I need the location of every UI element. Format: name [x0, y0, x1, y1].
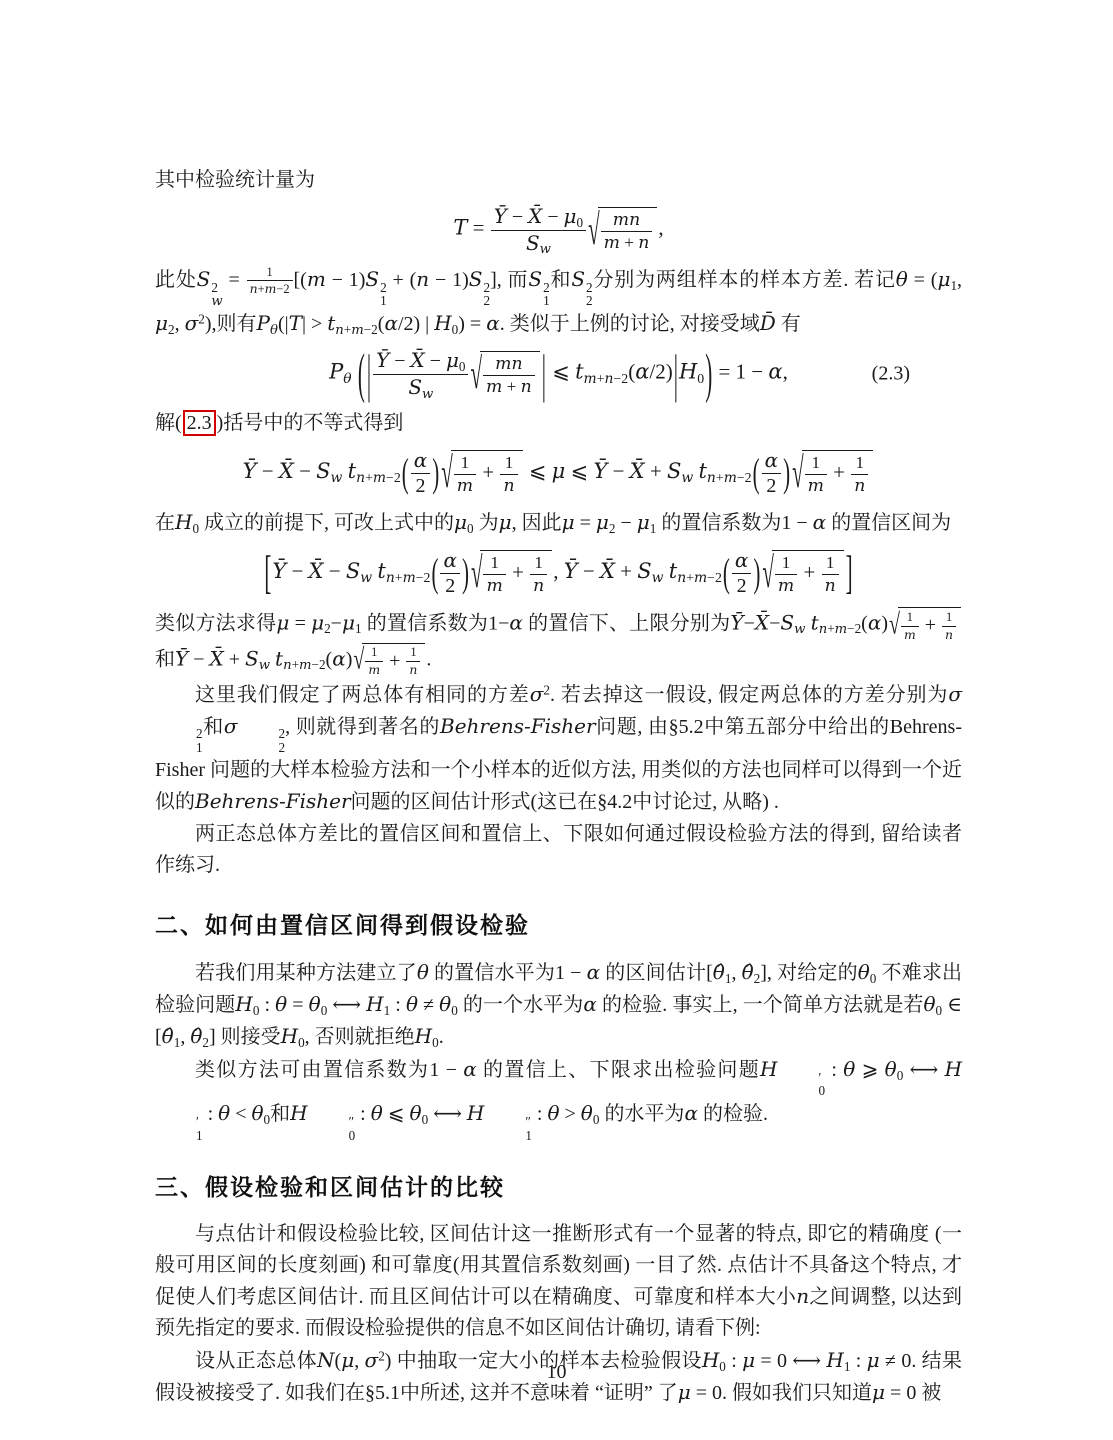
math-var: Behrens-Fisher	[440, 714, 596, 738]
text-run: ′	[196, 1114, 199, 1129]
text-run: 问题的区间估计形式(这已在§4.2中讨论过, 从略) .	[351, 791, 779, 813]
equation-body: Ȳ − X̄ − Sw tn+m−2(α2)√1m + 1n ⩽ μ ⩽ Ȳ…	[243, 449, 875, 498]
math-var: θ	[858, 960, 870, 984]
math-var: m	[724, 470, 737, 486]
text-run: (	[861, 613, 868, 635]
text-run: 0	[459, 359, 466, 374]
superscript: 2	[198, 312, 205, 327]
text-run: +	[798, 561, 820, 585]
text-run: +	[258, 282, 265, 296]
eq-2-3: Pθ (|Ȳ − X̄ − μ0Sw√mnm + n| ⩽ tm+n−2(α/…	[155, 348, 962, 400]
math-var: S	[245, 646, 259, 670]
math-var: m	[904, 627, 916, 642]
big-delimiter: [	[263, 550, 272, 596]
text-run: ,	[175, 313, 185, 335]
math-var: θ	[275, 992, 287, 1016]
text-run: −	[507, 206, 528, 228]
subscript: 0	[459, 359, 466, 374]
text-run: 0	[451, 1003, 458, 1018]
subscript: 1	[355, 621, 362, 636]
math-var: m	[368, 662, 380, 677]
math-var: n	[250, 281, 258, 296]
text-run: =	[287, 994, 308, 1016]
para-under-h0: 在H0 成立的前提下, 可改上式中的μ0 为μ, 因此μ = μ2 − μ1 的…	[155, 507, 962, 539]
text-run: 若我们用某种方法建立了	[195, 962, 417, 984]
text-run: − 1)	[429, 269, 469, 291]
text-run: 1	[505, 453, 514, 472]
text-run: ], 对给定的	[760, 962, 857, 984]
math-var: H	[290, 1101, 307, 1125]
text-run: . 若去掉这一假设, 假定两总体的方差分别为	[550, 684, 948, 706]
math-var: w	[331, 470, 343, 486]
text-run: ,	[553, 559, 564, 583]
text-run: n	[530, 575, 547, 596]
text-run: 1	[782, 553, 791, 572]
math-var: Ȳ	[272, 559, 286, 583]
text-run: 2	[238, 727, 285, 741]
fraction: 1m	[365, 646, 383, 678]
text-run: Sw	[373, 375, 468, 399]
text-run: 0	[298, 1035, 305, 1050]
square-root: √1m + 1n	[762, 550, 843, 596]
math-var: n	[416, 267, 429, 291]
big-delimiter: (	[357, 347, 366, 402]
text-run: 1	[485, 1129, 532, 1143]
subscript: w	[794, 621, 805, 636]
math-var: S	[528, 267, 542, 291]
text-run: 2	[543, 280, 550, 295]
text-run: 2	[609, 521, 616, 536]
text-run: 1m + 1n	[898, 607, 961, 642]
text-run: ⟷	[428, 1103, 467, 1125]
para-variance-ratio-exercise: 两正态总体方差比的置信区间和置信上、下限如何通过假设检验方法的得到, 留给读者作…	[155, 819, 962, 881]
text-run: 2	[411, 474, 430, 497]
text-run: )	[346, 648, 353, 670]
math-var: n	[283, 658, 292, 673]
text-run: −	[616, 512, 637, 534]
text-run: 2	[737, 575, 747, 597]
math-var: Ȳ	[730, 611, 743, 635]
math-var: θ	[406, 992, 418, 1016]
text-run: n	[500, 475, 517, 496]
math-var: t	[669, 559, 677, 583]
text-run: m	[805, 475, 827, 496]
math-var: w	[681, 470, 693, 486]
math-var: α	[813, 510, 827, 534]
text-run: 有	[776, 313, 801, 335]
text-run: ′	[156, 1115, 203, 1129]
math-var: σ	[530, 682, 544, 706]
text-run: 解(	[155, 412, 182, 434]
text-run: −	[607, 459, 629, 483]
math-var: X̄	[209, 646, 223, 670]
text-run: 两正态总体方差比的置信区间和置信上、下限如何通过假设检验方法的得到, 留给读者作…	[155, 823, 962, 876]
text-run: Ȳ − X̄ − μ0	[373, 349, 468, 374]
text-run: /2)	[649, 360, 672, 384]
math-var: m	[351, 323, 364, 338]
math-var: n	[819, 622, 828, 637]
math-var: H	[366, 992, 383, 1016]
text-run: 这里我们假定了两总体有相同的方差	[195, 684, 530, 706]
big-delimiter: )	[431, 453, 440, 493]
equation-ref-link[interactable]: 2.3	[183, 410, 216, 436]
fraction: 1n	[406, 646, 420, 678]
math-var: t	[275, 646, 283, 670]
text-run: 2	[168, 322, 175, 337]
math-var: S	[316, 459, 330, 483]
text-run: :	[203, 1103, 219, 1125]
text-run: +	[920, 614, 941, 636]
math-var: S	[197, 267, 211, 291]
math-var: Ȳ	[376, 348, 389, 372]
math-var: θ	[270, 323, 278, 338]
text-run: Ȳ − X̄ − μ0	[491, 205, 586, 230]
fraction: 1m	[901, 611, 919, 643]
math-var: m	[486, 576, 502, 596]
math-var: σ	[224, 714, 238, 738]
text-run: 1	[461, 453, 470, 472]
math-var: D̄	[760, 311, 776, 335]
fraction: 1n	[530, 553, 547, 596]
text-run: 1	[856, 453, 865, 472]
math-var: μ	[499, 510, 512, 534]
fraction: Ȳ − X̄ − μ0Sw	[491, 205, 586, 255]
text-run: 1	[196, 740, 203, 755]
fraction: α2	[732, 549, 751, 598]
big-delimiter: (	[722, 553, 731, 593]
math-var: Ȳ	[243, 459, 257, 483]
math-var: n	[409, 662, 417, 677]
text-run: 的检验.	[698, 1103, 768, 1125]
equation-body: [Ȳ − X̄ − Sw tn+m−2(α2)√1m + 1n, Ȳ − X…	[263, 549, 853, 598]
text-run: ⟷	[327, 994, 366, 1016]
text-run: 1	[907, 610, 913, 624]
text-run: +	[620, 233, 638, 252]
text-run: 2	[766, 475, 776, 497]
text-run: +	[224, 648, 245, 670]
math-var: n	[503, 476, 514, 496]
math-var: X̄	[600, 559, 615, 583]
subscript: w	[540, 241, 551, 256]
text-run: 1	[775, 553, 797, 574]
text-run: 1	[525, 1128, 532, 1143]
subscript: w	[652, 570, 664, 585]
text-run: = (	[908, 269, 938, 291]
math-var: w	[652, 570, 664, 586]
text-run: +	[365, 470, 373, 485]
text-run: ),则有	[205, 313, 257, 335]
text-run: +	[395, 570, 403, 585]
subscript: n+m−2	[283, 657, 325, 672]
text-run: 1	[901, 611, 919, 627]
text-run: ⩽	[383, 1103, 410, 1125]
math-var: α	[635, 360, 649, 384]
big-delimiter: )	[782, 453, 791, 493]
text-run: m + n	[601, 232, 653, 253]
text-run: −	[331, 613, 342, 635]
text-run: −	[257, 459, 279, 483]
text-run: 2	[543, 682, 550, 697]
text-run: −	[294, 459, 316, 483]
text-run: | >	[302, 313, 327, 335]
math-var: μ	[937, 267, 950, 291]
math-var: m	[584, 371, 597, 387]
math-var: n	[638, 233, 649, 253]
para-one-sided-tests: 类似方法可由置信系数为1 − α 的置信上、下限求出检验问题H′0 : θ ⩾ …	[155, 1054, 962, 1143]
big-delimiter: (	[401, 453, 410, 493]
math-var: Ȳ	[593, 459, 607, 483]
math-var: H	[679, 360, 697, 384]
math-var: m	[604, 233, 620, 253]
text-run: 1m + 1n	[802, 450, 874, 496]
math-var: S	[571, 267, 585, 291]
text-run: 0	[309, 1129, 356, 1143]
eq-confidence-interval: [Ȳ − X̄ − Sw tn+m−2(α2)√1m + 1n, Ȳ − X…	[155, 547, 962, 599]
math-var: θ	[410, 1101, 422, 1125]
text-run: 2	[543, 281, 550, 295]
math-var: α	[735, 548, 748, 572]
text-run: ], 而	[490, 269, 528, 291]
heading-section-2: 二、如何由置信区间得到假设检验	[155, 907, 962, 940]
text-run: 2	[196, 726, 203, 741]
text-run: ,	[658, 216, 663, 240]
text-run: 0	[432, 1035, 439, 1050]
math-var: θ	[371, 1101, 383, 1125]
math-var: Ȳ	[175, 646, 188, 670]
eq-mu-inequality: Ȳ − X̄ − Sw tn+m−2(α2)√1m + 1n ⩽ μ ⩽ Ȳ…	[155, 447, 962, 499]
stacked-scripts: 21	[543, 281, 550, 309]
text-run: +	[597, 371, 605, 386]
text-run: 的水平为	[599, 1103, 684, 1125]
radical-sign: √	[470, 353, 482, 396]
math-var: t	[811, 611, 819, 635]
equation-body: T = Ȳ − X̄ − μ0Sw√mnm + n,	[453, 205, 663, 255]
text-run: 分别为两组样本的样本方差. 若记	[593, 269, 896, 291]
text-run: +	[716, 470, 724, 485]
math-var: S	[408, 375, 422, 399]
math-var: n	[854, 476, 865, 496]
text-run: 1	[380, 293, 387, 308]
math-var: θ̂	[162, 1024, 174, 1048]
page-content: 其中检验统计量为T = Ȳ − X̄ − μ0Sw√mnm + n,此处S2w…	[155, 164, 962, 1410]
text-run: n	[406, 662, 420, 678]
math-var: θ	[218, 1101, 230, 1125]
text-run: 1	[543, 294, 550, 308]
math-var: α	[463, 1057, 477, 1081]
square-root: √mnm + n	[588, 207, 657, 254]
text-run: 0	[697, 371, 704, 386]
text-run: α	[440, 549, 459, 574]
text-run: /2) |	[398, 313, 434, 335]
stacked-scripts: ′0	[778, 1071, 825, 1099]
math-var: μ	[311, 611, 324, 635]
text-run: 0	[467, 521, 474, 536]
text-run: mn	[601, 210, 653, 232]
text-run: = 0. 假如我们只知道	[691, 1382, 872, 1404]
math-var: θ	[885, 1057, 897, 1081]
text-run: 其中检验统计量为	[155, 169, 315, 191]
text-run: α	[732, 549, 751, 574]
math-var: t	[575, 360, 583, 384]
subscript: 2	[324, 621, 331, 636]
document-page: 其中检验统计量为T = Ȳ − X̄ − μ0Sw√mnm + n,此处S2w…	[0, 0, 1113, 1440]
text-run: 2	[202, 1035, 209, 1050]
text-run: 2	[380, 281, 387, 295]
text-run: 1	[942, 611, 956, 627]
text-run: ′	[778, 1071, 825, 1085]
text-run: −2	[386, 470, 401, 485]
radical-sign: √	[792, 452, 804, 495]
math-var: θ̂	[190, 1024, 202, 1048]
text-run: = 1 −	[713, 360, 768, 384]
text-run: mnm + n	[480, 351, 540, 398]
math-var: θ̂	[713, 960, 725, 984]
subscript: w	[360, 570, 372, 585]
subscript: 0	[432, 1035, 439, 1050]
text-run: −2	[847, 621, 861, 636]
fraction: 1m	[483, 553, 505, 596]
text-run: 的置信下、上限分别为	[523, 613, 730, 635]
text-run: 2	[586, 281, 593, 295]
math-var: X̄	[411, 348, 425, 372]
math-var: H	[760, 1057, 777, 1081]
fraction: mnm + n	[601, 210, 653, 254]
text-run: +	[828, 461, 850, 485]
fraction: 1n	[851, 453, 868, 496]
text-run: [(	[294, 269, 307, 291]
text-run: −	[324, 559, 346, 583]
text-run: 2	[198, 312, 205, 327]
math-var: mn	[495, 354, 522, 374]
text-run: 1	[534, 553, 543, 572]
subscript: n+m−2	[707, 470, 752, 485]
fraction: mnm + n	[483, 354, 535, 398]
text-run: +	[502, 377, 520, 396]
text-run: ″	[485, 1115, 532, 1129]
text-run: 1	[410, 645, 416, 659]
text-run: α	[411, 449, 430, 474]
math-var: m	[265, 281, 277, 296]
text-run: +	[686, 570, 694, 585]
text-run: 2	[156, 727, 203, 741]
math-var: α	[768, 360, 782, 384]
math-var: θ	[547, 1101, 559, 1125]
fraction: 1m	[775, 553, 797, 596]
math-var: X̄	[630, 459, 645, 483]
math-var: H	[434, 311, 451, 335]
text-run: +	[384, 650, 405, 672]
math-var: X̄	[528, 204, 542, 228]
math-var: θ	[843, 1057, 855, 1081]
math-var: m	[307, 267, 326, 291]
text-run: 的置信上、下限求出检验问题	[477, 1059, 760, 1081]
text-run: ,	[180, 1026, 190, 1048]
text-run: 2	[238, 741, 285, 755]
math-var: n	[521, 377, 532, 397]
big-delimiter: |	[541, 348, 547, 401]
text-run: .	[439, 1026, 444, 1048]
text-run: (|	[278, 313, 289, 335]
text-run: ,	[957, 269, 962, 291]
para-interval-to-test: 若我们用某种方法建立了θ 的置信水平为1 − α 的区间估计[θ̂1, θ̂2]…	[155, 957, 962, 1053]
text-run: −2	[416, 570, 431, 585]
text-run: 1	[406, 646, 420, 662]
text-run: w	[211, 294, 222, 308]
subscript: w	[422, 386, 433, 401]
text-run: 1	[851, 453, 868, 474]
math-var: Behrens-Fisher	[195, 789, 351, 813]
text-run: ⩽	[524, 459, 552, 483]
math-var: α	[414, 448, 427, 472]
math-var: t	[348, 459, 356, 483]
text-run: 1	[156, 741, 203, 755]
text-run: Sw	[491, 231, 586, 255]
math-var: m	[299, 658, 312, 673]
text-run: ″	[349, 1114, 355, 1129]
text-run: , 因此	[512, 512, 562, 534]
text-run: m + n	[483, 376, 535, 397]
page-number: 10	[0, 1361, 1113, 1384]
text-run: 类似方法可由置信系数为1 −	[195, 1059, 463, 1081]
math-var: μ	[552, 459, 566, 483]
math-var: μ	[596, 510, 609, 534]
text-run: 成立的前提下, 可改上式中的	[199, 512, 454, 534]
math-var: H	[175, 510, 192, 534]
subscript: 0	[298, 1035, 305, 1050]
para-comparison: 与点估计和假设检验比较, 区间估计这一推断形式有一个显著的特点, 即它的精确度 …	[155, 1219, 962, 1344]
subscript: 0	[451, 1003, 458, 1018]
text-run: +	[645, 459, 667, 483]
text-run: −	[578, 559, 600, 583]
subscript: n+m−2	[335, 322, 377, 337]
fraction: α2	[411, 449, 430, 498]
text-run: 的一个水平为	[458, 994, 584, 1016]
stacked-scripts: 2w	[211, 281, 222, 309]
fraction: 1n	[500, 453, 517, 496]
text-run: , 则就得到著名的	[285, 716, 440, 738]
math-var: θ	[343, 371, 351, 387]
math-var: m	[486, 377, 502, 397]
text-run: :	[825, 1059, 843, 1081]
math-var: n	[707, 470, 716, 486]
math-var: n	[533, 576, 544, 596]
subscript: w	[331, 470, 343, 485]
text-run: <	[230, 1103, 251, 1125]
stacked-scripts: 22	[586, 281, 593, 309]
fraction: 1n	[942, 611, 956, 643]
para-pooled-variance: 此处S2w = 1n+m−2[(m − 1)S21 + (n − 1)S22],…	[155, 264, 962, 340]
math-var: S	[667, 459, 681, 483]
text-run: 1	[380, 294, 387, 308]
math-var: α	[509, 611, 523, 635]
math-var: m	[457, 476, 473, 496]
stacked-scripts: 22	[238, 727, 285, 755]
text-run: 1	[946, 610, 952, 624]
math-var: μ	[276, 611, 289, 635]
text-run: 1	[490, 553, 499, 572]
radical-sign: √	[889, 610, 900, 639]
text-run: 1	[247, 266, 293, 282]
text-run: 1	[365, 646, 383, 662]
text-run: ″	[309, 1115, 356, 1129]
text-run: 2	[762, 474, 781, 497]
math-var: m	[808, 476, 824, 496]
math-var: α	[384, 311, 398, 335]
math-var: α	[765, 448, 778, 472]
math-var: w	[794, 622, 805, 637]
text-run: 2	[483, 294, 490, 308]
text-run: +	[615, 559, 637, 583]
